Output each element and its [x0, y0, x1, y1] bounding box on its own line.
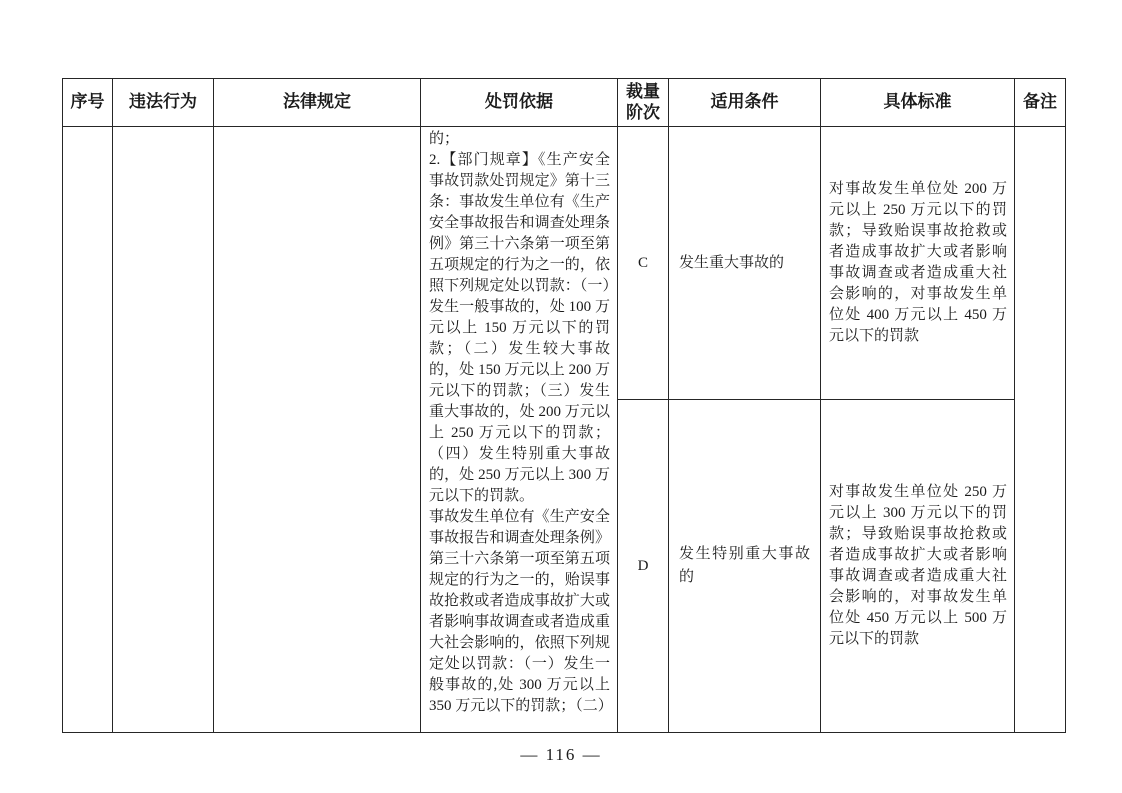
cell-serial — [63, 127, 113, 733]
page-number: — 116 — — [0, 745, 1122, 765]
document-page: 序号 违法行为 法律规定 处罚依据 裁量阶次 适用条件 具体标准 备注 的； 2… — [0, 0, 1122, 793]
header-discretion-level: 裁量阶次 — [618, 79, 669, 127]
header-serial: 序号 — [63, 79, 113, 127]
header-applicable-condition: 适用条件 — [669, 79, 821, 127]
header-specific-standard: 具体标准 — [821, 79, 1015, 127]
header-legal-provision: 法律规定 — [214, 79, 421, 127]
cell-condition-c: 发生重大事故的 — [669, 127, 821, 400]
header-penalty-basis: 处罚依据 — [421, 79, 618, 127]
table-header-row: 序号 违法行为 法律规定 处罚依据 裁量阶次 适用条件 具体标准 备注 — [63, 79, 1066, 127]
cell-level-c: C — [618, 127, 669, 400]
cell-standard-c: 对事故发生单位处 200 万元以上 250 万元以下的罚款；导致贻误事故抢救或者… — [821, 127, 1015, 400]
cell-level-d: D — [618, 400, 669, 733]
cell-remark — [1015, 127, 1066, 733]
cell-legal-provision — [214, 127, 421, 733]
penalty-discretion-table: 序号 违法行为 法律规定 处罚依据 裁量阶次 适用条件 具体标准 备注 的； 2… — [62, 78, 1066, 733]
cell-standard-d: 对事故发生单位处 250 万元以上 300 万元以下的罚款；导致贻误事故抢救或者… — [821, 400, 1015, 733]
cell-condition-d: 发生特别重大事故的 — [669, 400, 821, 733]
cell-illegal-act — [113, 127, 214, 733]
header-illegal-act: 违法行为 — [113, 79, 214, 127]
cell-penalty-basis: 的； 2.【部门规章】《生产安全事故罚款处罚规定》第十三条：事故发生单位有《生产… — [421, 127, 618, 733]
table-row-level-c: 的； 2.【部门规章】《生产安全事故罚款处罚规定》第十三条：事故发生单位有《生产… — [63, 127, 1066, 400]
header-remark: 备注 — [1015, 79, 1066, 127]
